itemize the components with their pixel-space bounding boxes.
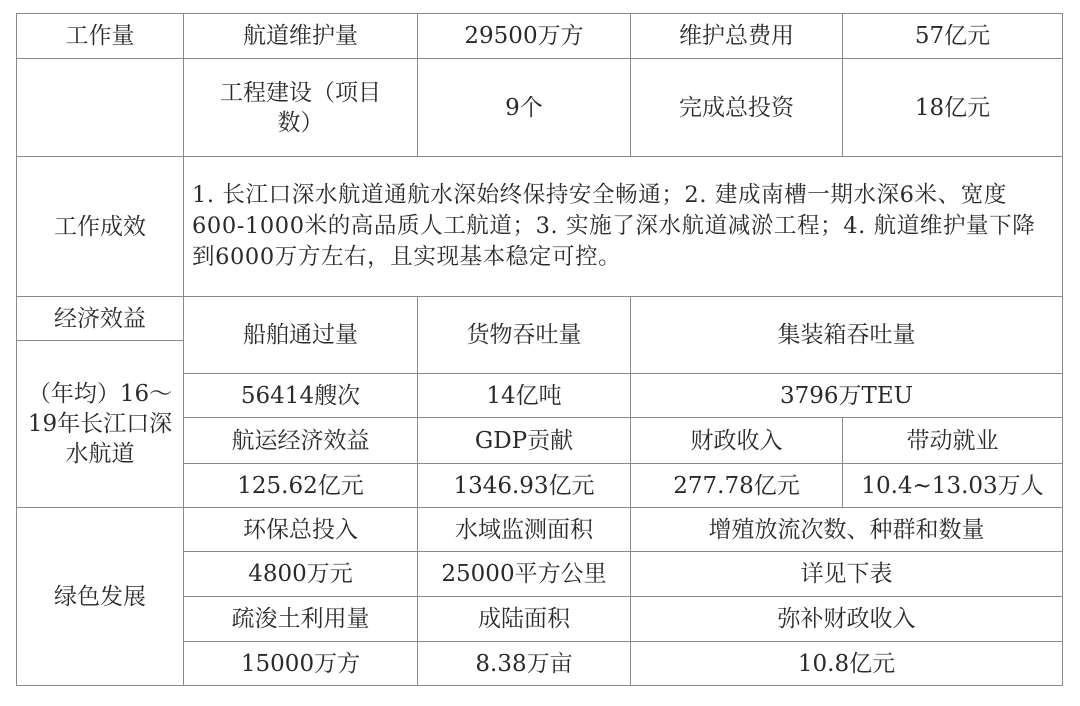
- workload-blank-cell: [16, 58, 184, 157]
- header-ship-traffic: 船舶通过量: [183, 296, 418, 374]
- cell-text: 航运经济效益: [232, 426, 370, 456]
- cell-text: 4800万元: [248, 559, 353, 589]
- header-dredged-soil: 疏浚土利用量: [183, 596, 418, 642]
- cell-text: 14亿吨: [486, 381, 561, 411]
- summary-table: 工作量 航道维护量 29500万方 维护总费用 57亿元 工程建设（项目数） 9…: [17, 14, 1063, 686]
- value-fish-release: 详见下表: [630, 551, 1063, 597]
- cell-text: 56414艘次: [241, 381, 360, 411]
- cell-construction-value: 9个: [417, 58, 631, 157]
- cell-text: （年均）16～19年长江口深水航道: [21, 379, 179, 469]
- cell-text: 1. 长江口深水航道通航水深始终保持安全畅通；2. 建成南槽一期水深6米、宽度6…: [192, 180, 1054, 273]
- cell-text: 18亿元: [915, 93, 990, 123]
- cell-text: 15000万方: [241, 649, 360, 679]
- cell-text: 工作量: [66, 21, 135, 51]
- header-gdp-contribution: GDP贡献: [417, 417, 631, 464]
- header-water-monitoring: 水域监测面积: [417, 507, 631, 552]
- cell-maintenance-volume-value: 29500万方: [417, 13, 631, 59]
- value-fiscal-revenue: 277.78亿元: [630, 463, 843, 508]
- cell-maintenance-cost-label: 维护总费用: [630, 13, 843, 59]
- cell-text: 详见下表: [801, 559, 893, 589]
- cell-text: 船舶通过量: [243, 320, 358, 350]
- value-container-throughput: 3796万TEU: [630, 373, 1063, 418]
- cell-text: 疏浚土利用量: [232, 604, 370, 634]
- value-gdp-contribution: 1346.93亿元: [417, 463, 631, 508]
- header-fish-release: 增殖放流次数、种群和数量: [630, 507, 1063, 552]
- economic-label: 经济效益: [16, 296, 184, 341]
- cell-text: 3796万TEU: [780, 381, 913, 411]
- cell-text: 277.78亿元: [673, 471, 799, 501]
- cell-text: 10.4~13.03万人: [861, 471, 1043, 501]
- header-fiscal-compensation: 弥补财政收入: [630, 596, 1063, 642]
- cell-text: 货物吞吐量: [467, 320, 582, 350]
- cell-text: GDP贡献: [475, 426, 573, 456]
- cell-text: 成陆面积: [478, 604, 570, 634]
- workload-label: 工作量: [16, 13, 184, 59]
- value-shipping-benefit: 125.62亿元: [183, 463, 418, 508]
- cell-text: 水域监测面积: [455, 515, 593, 545]
- cell-text: 125.62亿元: [237, 471, 363, 501]
- economic-sublabel: （年均）16～19年长江口深水航道: [16, 340, 184, 508]
- cell-text: 带动就业: [907, 426, 999, 456]
- header-container-throughput: 集装箱吞吐量: [630, 296, 1063, 374]
- green-label: 绿色发展: [16, 507, 184, 686]
- header-fiscal-revenue: 财政收入: [630, 417, 843, 464]
- cell-investment-value: 18亿元: [842, 58, 1063, 157]
- cell-text: 57亿元: [915, 21, 990, 51]
- header-shipping-benefit: 航运经济效益: [183, 417, 418, 464]
- cell-construction-label: 工程建设（项目数）: [183, 58, 418, 157]
- cell-text: 完成总投资: [679, 93, 794, 123]
- value-cargo-throughput: 14亿吨: [417, 373, 631, 418]
- cell-text: 集装箱吞吐量: [778, 320, 916, 350]
- cell-text: 工作成效: [54, 212, 146, 242]
- cell-investment-label: 完成总投资: [630, 58, 843, 157]
- cell-text: 增殖放流次数、种群和数量: [709, 515, 985, 545]
- header-employment: 带动就业: [842, 417, 1063, 464]
- cell-text: 9个: [505, 93, 543, 123]
- cell-maintenance-volume-label: 航道维护量: [183, 13, 418, 59]
- cell-maintenance-cost-value: 57亿元: [842, 13, 1063, 59]
- cell-text: 工程建设（项目数）: [208, 78, 393, 138]
- cell-text: 财政收入: [691, 426, 783, 456]
- cell-text: 10.8亿元: [798, 649, 895, 679]
- value-employment: 10.4~13.03万人: [842, 463, 1063, 508]
- value-ship-traffic: 56414艘次: [183, 373, 418, 418]
- cell-text: 8.38万亩: [475, 649, 572, 679]
- cell-text: 1346.93亿元: [453, 471, 594, 501]
- cell-text: 环保总投入: [243, 515, 358, 545]
- value-env-investment: 4800万元: [183, 551, 418, 597]
- cell-text: 25000平方公里: [441, 559, 606, 589]
- cell-text: 航道维护量: [243, 21, 358, 51]
- cell-text: 经济效益: [54, 304, 146, 334]
- value-reclaimed-land: 8.38万亩: [417, 641, 631, 686]
- header-reclaimed-land: 成陆面积: [417, 596, 631, 642]
- results-label: 工作成效: [16, 156, 184, 297]
- results-description: 1. 长江口深水航道通航水深始终保持安全畅通；2. 建成南槽一期水深6米、宽度6…: [183, 156, 1063, 297]
- header-env-investment: 环保总投入: [183, 507, 418, 552]
- cell-text: 维护总费用: [679, 21, 794, 51]
- cell-text: 29500万方: [464, 21, 583, 51]
- value-fiscal-compensation: 10.8亿元: [630, 641, 1063, 686]
- cell-text: 弥补财政收入: [778, 604, 916, 634]
- cell-text: 绿色发展: [54, 582, 146, 612]
- value-water-monitoring: 25000平方公里: [417, 551, 631, 597]
- header-cargo-throughput: 货物吞吐量: [417, 296, 631, 374]
- value-dredged-soil: 15000万方: [183, 641, 418, 686]
